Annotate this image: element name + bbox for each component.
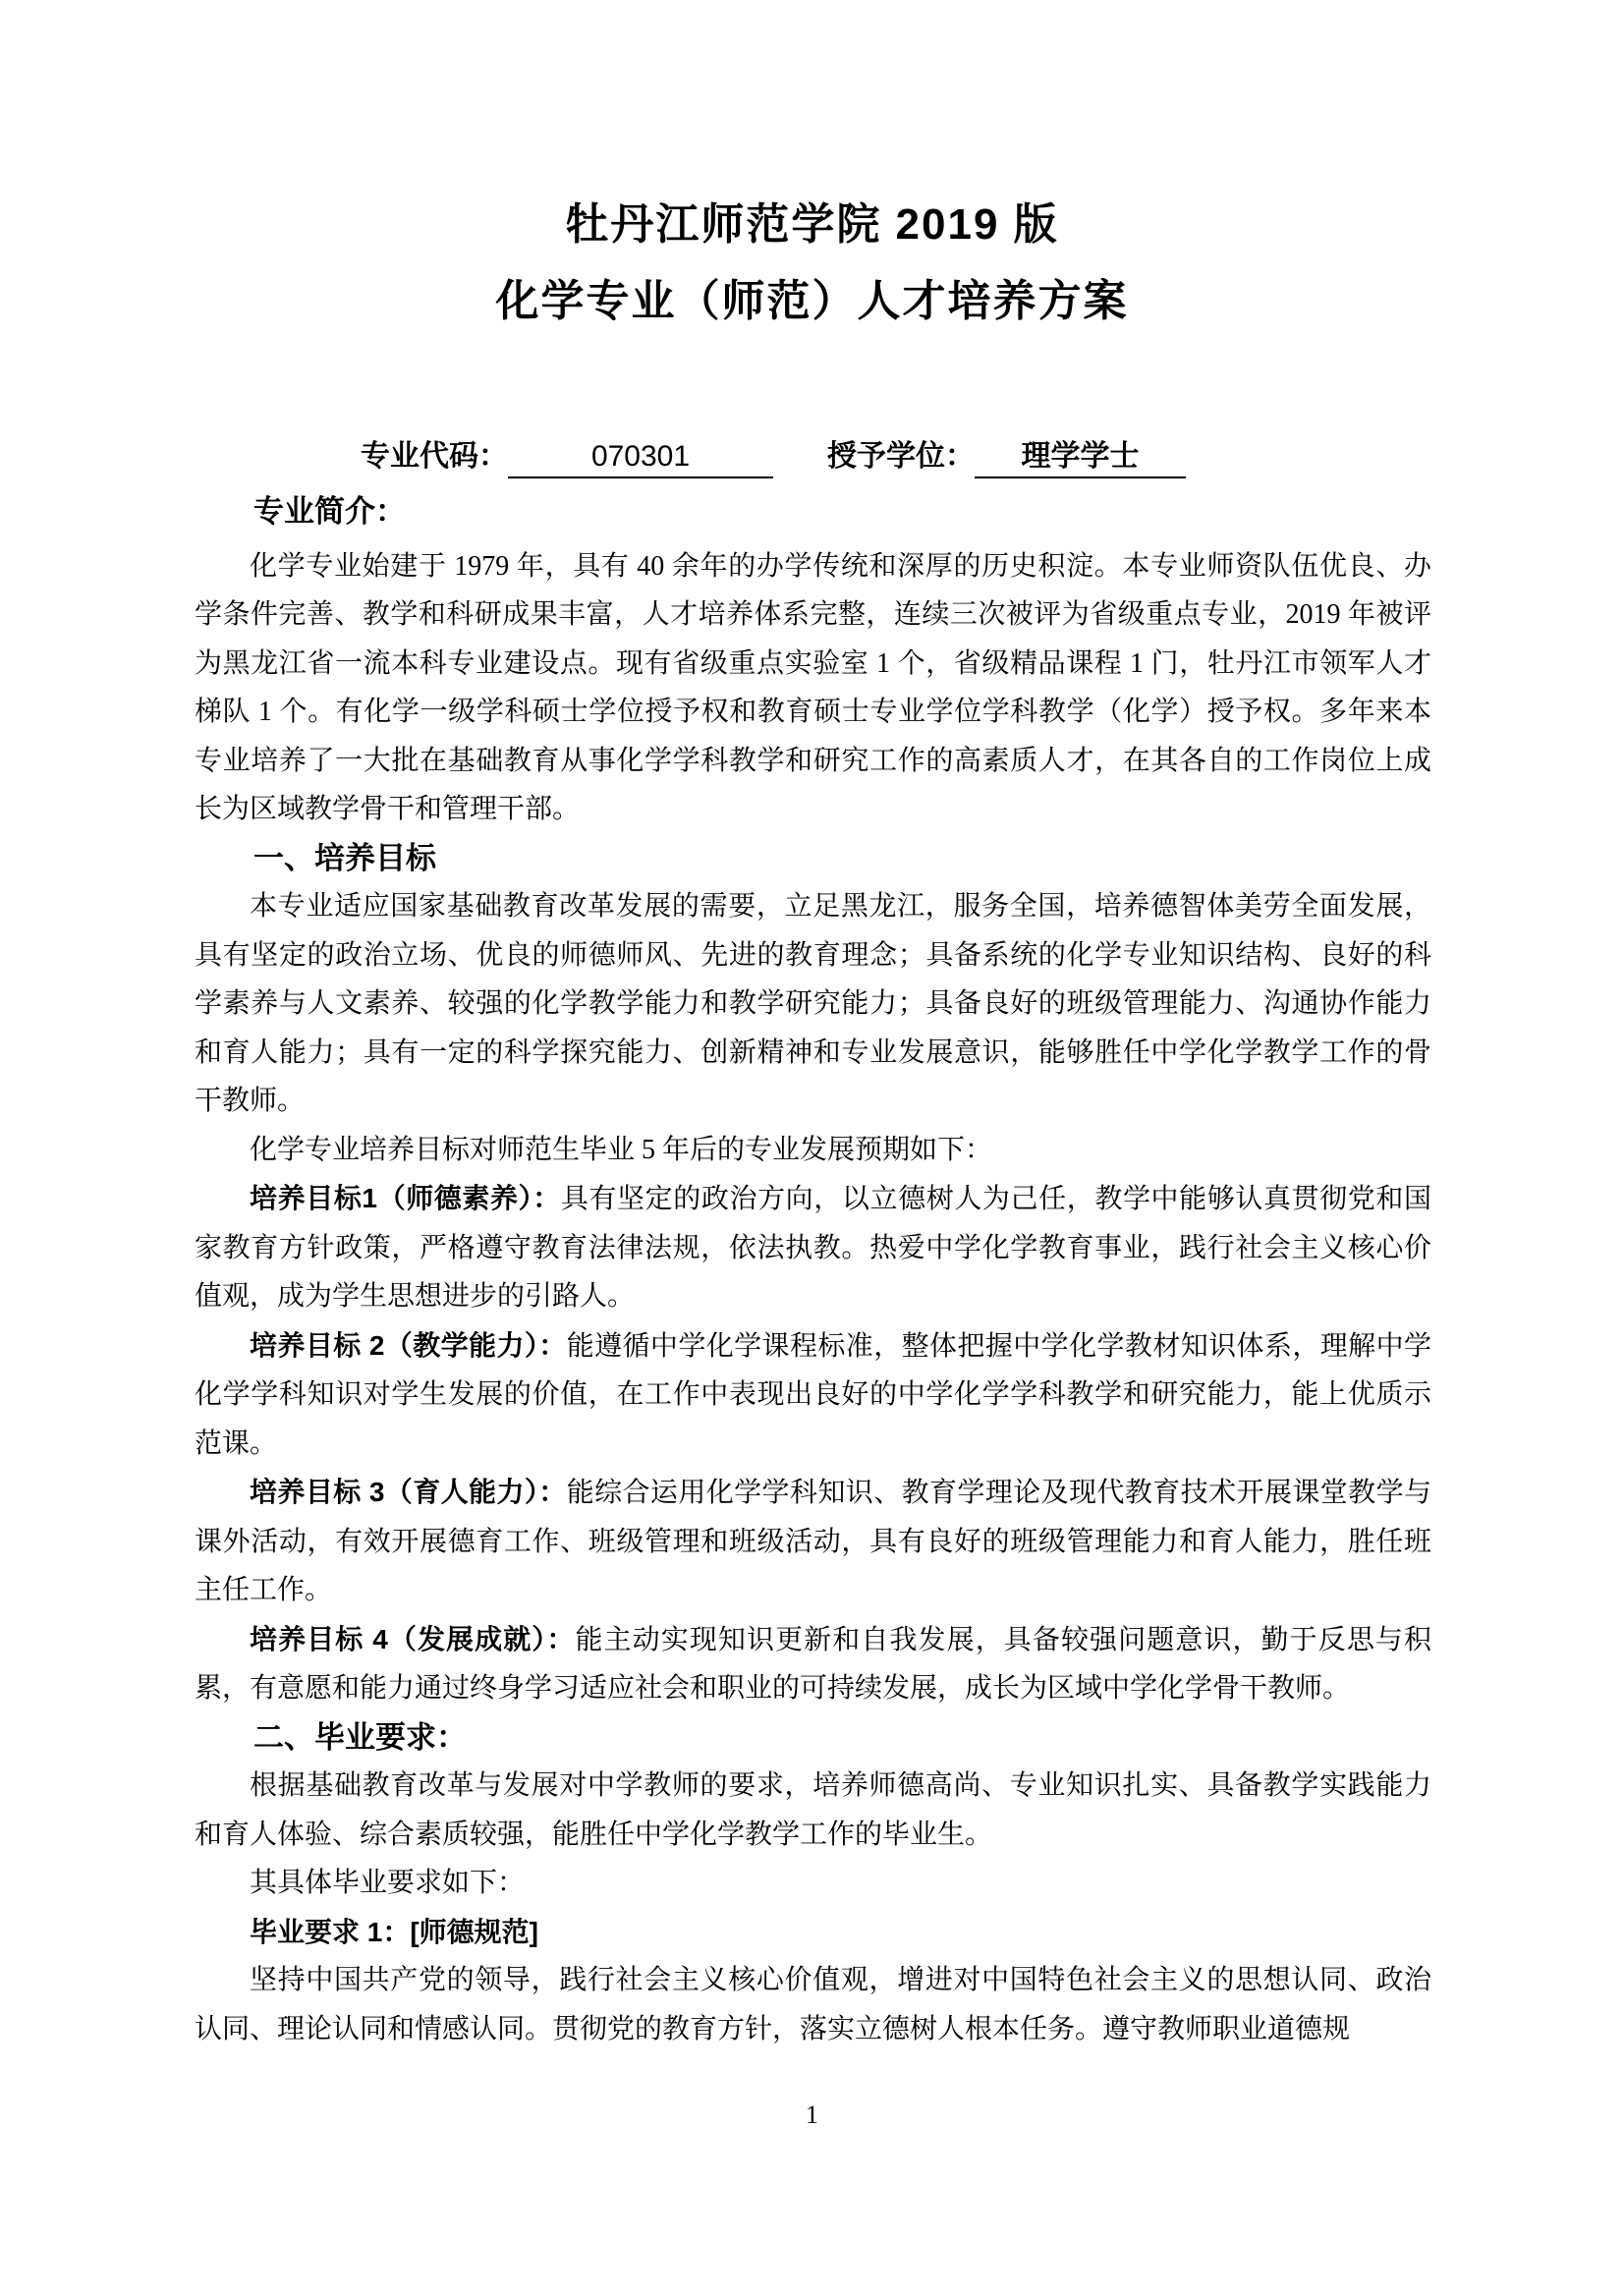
- goal-3-lead: 培养目标 3（育人能力）：: [250, 1477, 567, 1507]
- requirement-1-paragraph: 坚持中国共产党的领导，践行社会主义核心价值观，增进对中国特色社会主义的思想认同、…: [195, 1956, 1431, 2053]
- requirement-1-heading: 毕业要求 1：[师德规范]: [195, 1908, 1431, 1957]
- goal-item-1: 培养目标1（师德素养）：具有坚定的政治方向，以立德树人为己任，教学中能够认真贯彻…: [195, 1174, 1431, 1321]
- requirements-overview-paragraph: 根据基础教育改革与发展对中学教师的要求，培养师德高尚、专业知识扎实、具备教学实践…: [195, 1762, 1431, 1859]
- meta-row: 专业代码：070301授予学位：理学学士: [195, 435, 1431, 478]
- goal-item-2: 培养目标 2（教学能力）：能遵循中学化学课程标准，整体把握中学化学教材知识体系，…: [195, 1321, 1431, 1469]
- major-code-value: 070301: [508, 437, 773, 478]
- requirements-heading: 二、毕业要求：: [195, 1713, 1431, 1763]
- goal-item-3: 培养目标 3（育人能力）：能综合运用化学学科知识、教育学理论及现代教育技术开展课…: [195, 1468, 1431, 1615]
- goals-overview-paragraph: 本专业适应国家基础教育改革发展的需要，立足黑龙江，服务全国，培养德智体美劳全面发…: [195, 882, 1431, 1126]
- document-title: 牡丹江师范学院 2019 版 化学专业（师范）人才培养方案: [0, 0, 1624, 340]
- intro-paragraph: 化学专业始建于 1979 年，具有 40 余年的办学传统和深厚的历史积淀。本专业…: [195, 542, 1431, 834]
- goal-2-lead: 培养目标 2（教学能力）：: [250, 1330, 567, 1361]
- degree-value: 理学学士: [975, 437, 1186, 478]
- title-line-2: 化学专业（师范）人才培养方案: [0, 263, 1624, 340]
- goal-4-lead: 培养目标 4（发展成就）：: [250, 1624, 575, 1654]
- document-content: 专业代码：070301授予学位：理学学士 专业简介： 化学专业始建于 1979 …: [0, 435, 1624, 2053]
- goal-item-4: 培养目标 4（发展成就）：能主动实现知识更新和自我发展，具备较强问题意识，勤于反…: [195, 1615, 1431, 1713]
- goals-expectation-intro: 化学专业培养目标对师范生毕业 5 年后的专业发展预期如下：: [195, 1126, 1431, 1175]
- title-line-1: 牡丹江师范学院 2019 版: [0, 187, 1624, 263]
- requirements-detail-intro: 其具体毕业要求如下：: [195, 1859, 1431, 1908]
- document-page: 牡丹江师范学院 2019 版 化学专业（师范）人才培养方案 专业代码：07030…: [0, 0, 1624, 2296]
- major-code-label: 专业代码：: [361, 440, 508, 473]
- goals-heading: 一、培养目标: [195, 834, 1431, 883]
- page-number: 1: [0, 2100, 1624, 2130]
- intro-heading: 专业简介：: [195, 487, 1431, 536]
- degree-label: 授予学位：: [827, 440, 975, 473]
- goal-1-lead: 培养目标1（师德素养）：: [250, 1183, 561, 1213]
